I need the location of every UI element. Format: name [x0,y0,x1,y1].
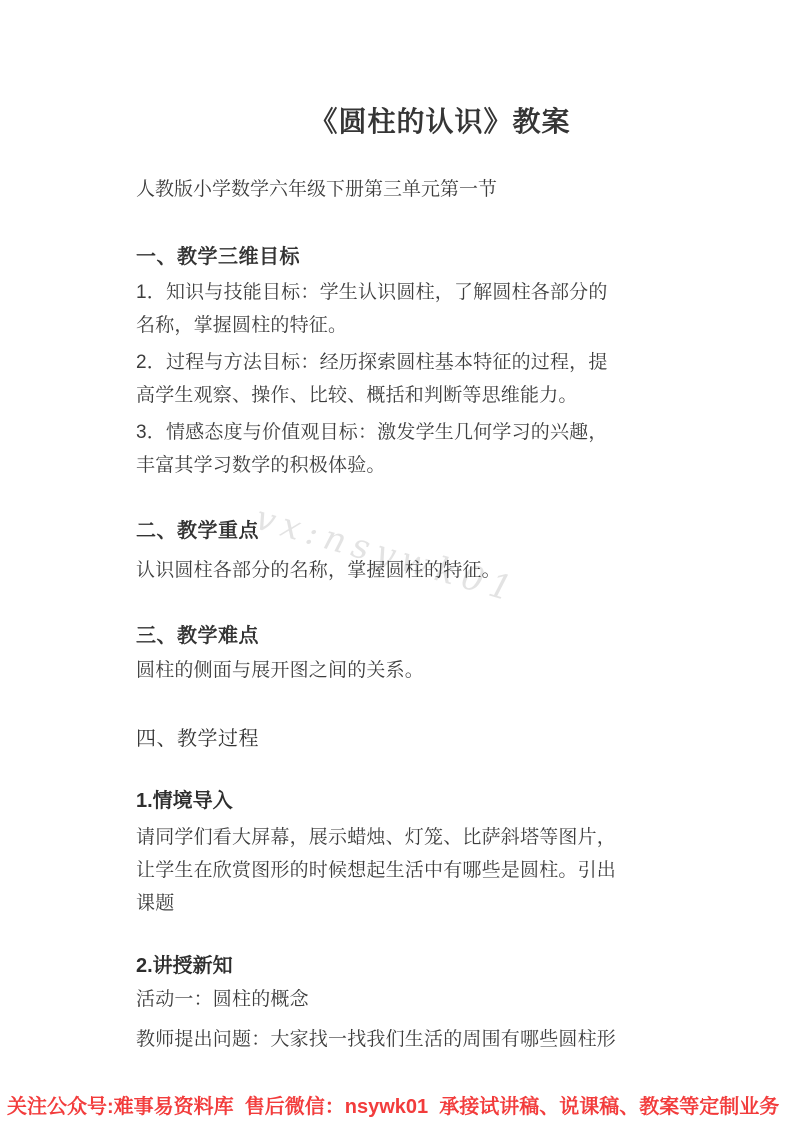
step-heading-intro: 1.情境导入 [136,784,736,813]
section-heading-process: 四、教学过程 [136,722,736,751]
section-heading-difficulties: 三、教学难点 [136,619,736,648]
document-page: 《圆柱的认识》教案 人教版小学数学六年级下册第三单元第一节 一、教学三维目标 1… [0,0,793,1122]
objective-item-1: 1．知识与技能目标：学生认识圆柱，了解圆柱各部分的 名称，掌握圆柱的特征。 [136,276,718,342]
step-intro-body: 请同学们看大屏幕，展示蜡烛、灯笼、比萨斜塔等图片， 让学生在欣赏图形的时候想起生… [136,821,718,920]
step-heading-new-knowledge: 2.讲授新知 [136,949,736,978]
objective-item-2: 2．过程与方法目标：经历探索圆柱基本特征的过程，提 高学生观察、操作、比较、概括… [136,346,718,412]
section-heading-key-points: 二、教学重点 [136,514,736,543]
page-title: 《圆柱的认识》教案 [135,100,745,140]
teacher-question-line: 教师提出问题：大家找一找我们生活的周围有哪些圆柱形 [136,1023,718,1056]
difficulties-body: 圆柱的侧面与展开图之间的关系。 [136,654,718,687]
promo-footer: 关注公众号:难事易资料库 售后微信：nsywk01 承接试讲稿、说课稿、教案等定… [7,1090,793,1119]
key-points-body: 认识圆柱各部分的名称，掌握圆柱的特征。 [136,554,718,587]
objective-item-3: 3．情感态度与价值观目标：激发学生几何学习的兴趣， 丰富其学习数学的积极体验。 [136,416,718,482]
activity-line: 活动一：圆柱的概念 [136,983,718,1016]
section-heading-objectives: 一、教学三维目标 [136,240,736,269]
doc-subtitle: 人教版小学数学六年级下册第三单元第一节 [136,174,736,201]
